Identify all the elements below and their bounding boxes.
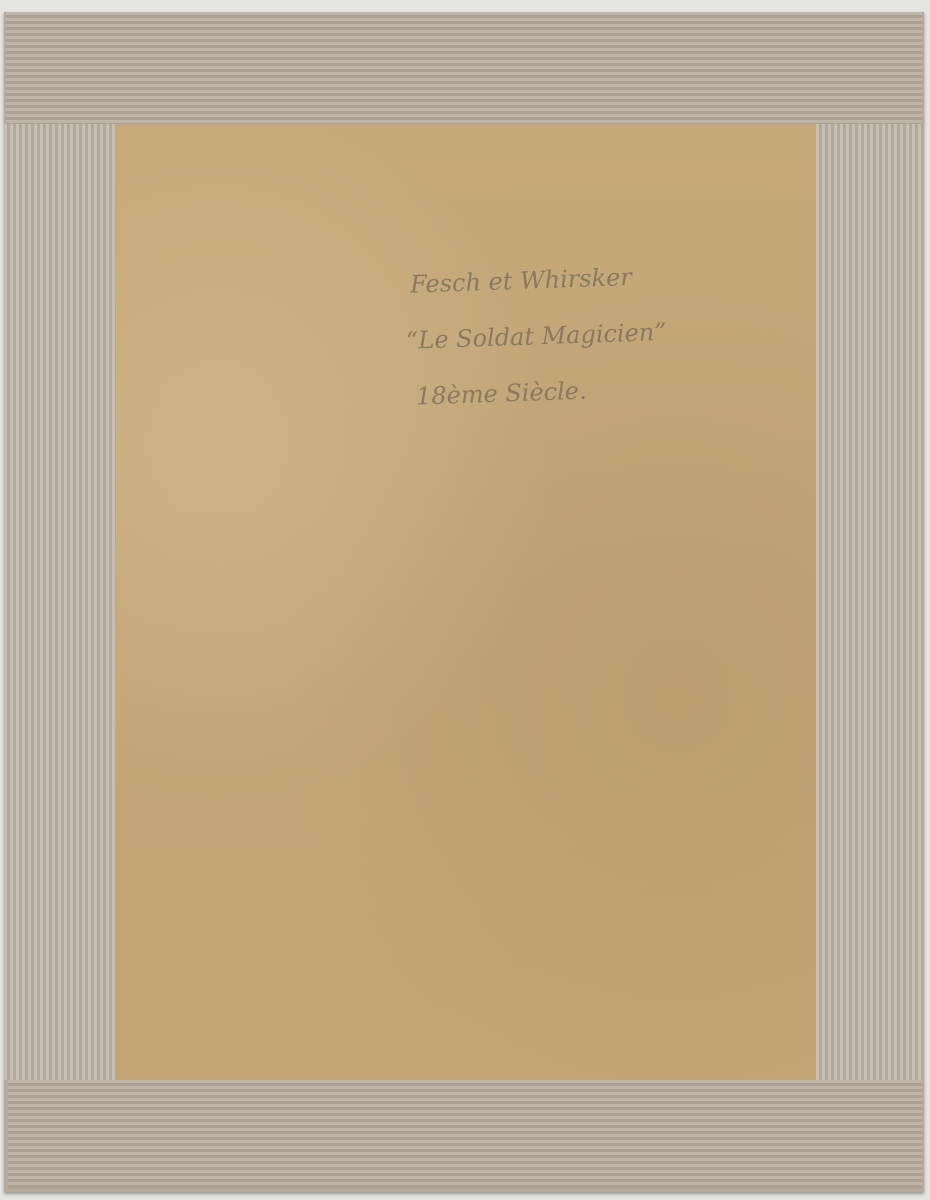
pencil-inscription: Fesch et Whirsker “Le Soldat Magicien” 1… [409,243,795,424]
tape-left [4,124,116,1080]
tape-bottom [8,1080,922,1188]
tape-right [816,124,922,1080]
tape-top [6,12,922,124]
